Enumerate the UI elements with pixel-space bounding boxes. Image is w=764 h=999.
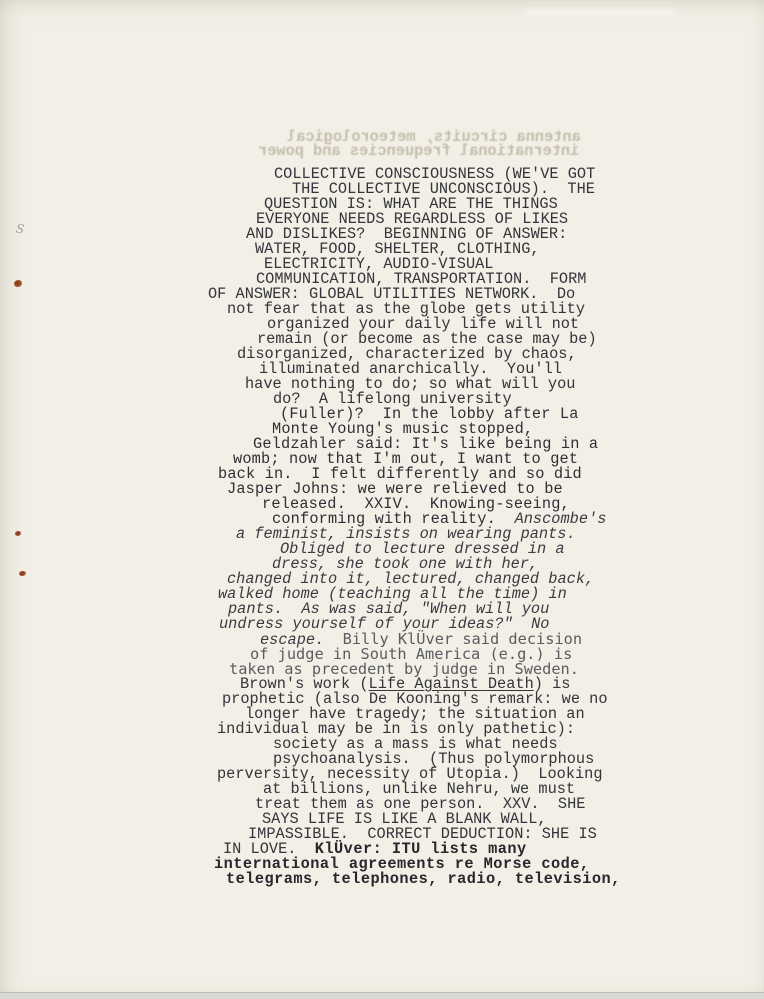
scanner-edge-strip <box>0 992 764 999</box>
scanned-page: { "document": { "kind": "typewritten-dia… <box>0 0 764 999</box>
paper-sheet: antenna circuits, meteorologicalinternat… <box>0 0 764 992</box>
scan-glare-streak <box>525 10 675 15</box>
pencil-squiggle: S <box>15 221 25 236</box>
bleedthrough-text: international frequencies and power <box>258 144 579 159</box>
rust-spot <box>15 531 21 536</box>
rust-spot <box>14 280 22 287</box>
typed-line: telegrams, telephones, radio, television… <box>226 872 621 887</box>
rust-spot <box>19 571 26 576</box>
typed-segment: telegrams, telephones, radio, television… <box>226 870 621 888</box>
